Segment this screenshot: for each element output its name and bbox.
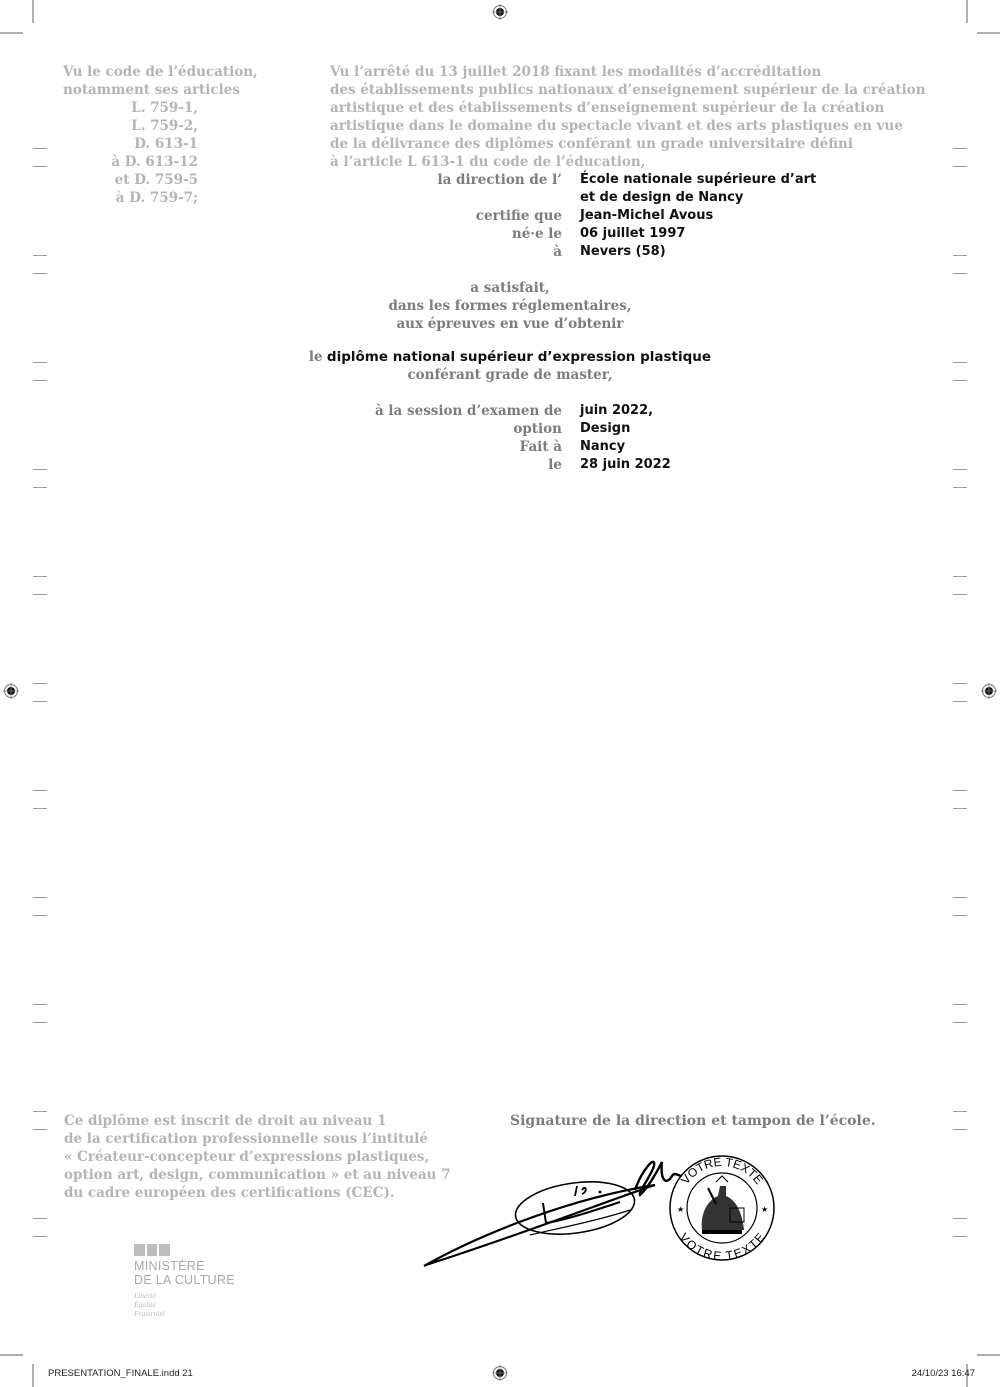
margin-tick bbox=[33, 576, 47, 577]
registration-mark-icon bbox=[981, 683, 997, 699]
margin-tick bbox=[33, 148, 47, 149]
field-label: Fait à bbox=[330, 438, 580, 456]
birth-date: 06 juillet 1997 bbox=[580, 225, 685, 243]
legal-line: notamment ses articles bbox=[63, 81, 258, 99]
school-name-cont: et de design de Nancy bbox=[580, 189, 743, 207]
margin-tick bbox=[33, 1129, 47, 1130]
margin-tick bbox=[953, 897, 967, 898]
diploma-prefix: le bbox=[309, 349, 323, 365]
margin-tick bbox=[953, 1218, 967, 1219]
margin-tick bbox=[33, 1111, 47, 1112]
margin-tick bbox=[953, 683, 967, 684]
school-name: École nationale supérieure d’art bbox=[580, 171, 816, 189]
margin-tick bbox=[953, 1022, 967, 1023]
margin-tick bbox=[33, 594, 47, 595]
margin-tick bbox=[33, 1236, 47, 1237]
motto-line: Égalité bbox=[134, 1300, 254, 1309]
margin-tick bbox=[33, 273, 47, 274]
margin-tick bbox=[33, 790, 47, 791]
session-row: à la session d’examen de juin 2022, bbox=[330, 402, 653, 420]
motto-line: Fraternité bbox=[134, 1309, 254, 1318]
date-row: le 28 juin 2022 bbox=[330, 456, 671, 474]
crop-mark bbox=[0, 1354, 23, 1356]
margin-tick bbox=[33, 469, 47, 470]
margin-tick bbox=[33, 487, 47, 488]
crop-mark bbox=[977, 32, 1000, 34]
option-value: Design bbox=[580, 420, 630, 438]
margin-tick bbox=[953, 576, 967, 577]
margin-tick bbox=[953, 487, 967, 488]
arrete-line: de la délivrance des diplômes conférant … bbox=[330, 135, 930, 153]
crop-mark bbox=[966, 0, 968, 23]
place-row: Fait à Nancy bbox=[330, 438, 625, 456]
margin-tick bbox=[33, 255, 47, 256]
motto-line: Liberté bbox=[134, 1291, 254, 1300]
margin-tick bbox=[953, 790, 967, 791]
margin-tick bbox=[953, 273, 967, 274]
statement-line: aux épreuves en vue d’obtenir bbox=[300, 315, 720, 333]
crop-mark bbox=[0, 32, 23, 34]
school-row: la direction de l’ École nationale supér… bbox=[330, 171, 816, 189]
holder-row: certifie que Jean-Michel Avous bbox=[330, 207, 713, 225]
margin-tick bbox=[953, 1111, 967, 1112]
legal-arrete-right: Vu l’arrêté du 13 juillet 2018 fixant le… bbox=[330, 63, 930, 171]
arrete-line: des établissements publics nationaux d’e… bbox=[330, 81, 930, 99]
margin-tick bbox=[33, 897, 47, 898]
arrete-line: artistique et des établissements d’ensei… bbox=[330, 99, 930, 117]
margin-tick bbox=[953, 1129, 967, 1130]
field-label: né·e le bbox=[330, 225, 580, 243]
article-ref: L. 759-1, bbox=[63, 99, 198, 117]
field-label: option bbox=[330, 420, 580, 438]
print-slug-file: PRESENTATION_FINALE.indd 21 bbox=[48, 1368, 193, 1379]
margin-tick bbox=[33, 683, 47, 684]
margin-tick bbox=[33, 1022, 47, 1023]
margin-tick bbox=[953, 1004, 967, 1005]
crop-mark bbox=[32, 0, 34, 23]
margin-tick bbox=[33, 362, 47, 363]
crop-mark bbox=[977, 1354, 1000, 1356]
notice-line: Ce diplôme est inscrit de droit au nivea… bbox=[64, 1112, 484, 1130]
statement-line: dans les formes réglementaires, bbox=[300, 297, 720, 315]
margin-tick bbox=[953, 148, 967, 149]
margin-tick bbox=[953, 1236, 967, 1237]
margin-tick bbox=[33, 915, 47, 916]
ministry-name: MINISTÈRE bbox=[134, 1259, 254, 1273]
session-value: juin 2022, bbox=[580, 402, 653, 420]
satisfaction-statement: a satisfait, dans les formes réglementai… bbox=[300, 279, 720, 333]
birthplace-row: à Nevers (58) bbox=[330, 243, 666, 261]
statement-line: a satisfait, bbox=[300, 279, 720, 297]
margin-tick bbox=[953, 362, 967, 363]
margin-tick bbox=[953, 166, 967, 167]
margin-tick bbox=[953, 469, 967, 470]
field-label: à la session d’examen de bbox=[330, 402, 580, 420]
margin-tick bbox=[953, 380, 967, 381]
crop-mark bbox=[32, 1364, 34, 1387]
margin-tick bbox=[33, 1218, 47, 1219]
margin-tick bbox=[33, 808, 47, 809]
signature-label: Signature de la direction et tampon de l… bbox=[510, 1112, 876, 1130]
svg-text:★: ★ bbox=[761, 1205, 768, 1214]
article-ref: L. 759-2, bbox=[63, 117, 198, 135]
school-stamp: VOTRE TEXTE VOTRE TEXTE ★ ★ bbox=[670, 1155, 774, 1263]
birth-place: Nevers (58) bbox=[580, 243, 666, 261]
field-label: certifie que bbox=[330, 207, 580, 225]
diploma-subtitle: conférant grade de master, bbox=[300, 366, 720, 384]
article-ref: à D. 759-7; bbox=[63, 189, 198, 207]
margin-tick bbox=[953, 255, 967, 256]
birthdate-row: né·e le 06 juillet 1997 bbox=[330, 225, 685, 243]
print-slug-date: 24/10/23 16:47 bbox=[880, 1368, 975, 1379]
school-row-cont: et de design de Nancy bbox=[330, 189, 743, 207]
arrete-line: à l’article L 613-1 du code de l’éducati… bbox=[330, 153, 930, 171]
registration-mark-icon bbox=[3, 683, 19, 699]
marianne-flag-icon bbox=[134, 1244, 170, 1256]
signature-icon: VOTRE TEXTE VOTRE TEXTE ★ ★ bbox=[410, 1140, 790, 1280]
article-ref: et D. 759-5 bbox=[63, 171, 198, 189]
arrete-line: artistique dans le domaine du spectacle … bbox=[330, 117, 930, 135]
field-label bbox=[330, 189, 580, 207]
holder-name: Jean-Michel Avous bbox=[580, 207, 713, 225]
legal-references-left: Vu le code de l’éducation, notamment ses… bbox=[63, 63, 258, 207]
date-value: 28 juin 2022 bbox=[580, 456, 671, 474]
field-label: la direction de l’ bbox=[330, 171, 580, 189]
margin-tick bbox=[953, 915, 967, 916]
diploma-title-block: le diplôme national supérieur d’expressi… bbox=[300, 348, 720, 384]
option-row: option Design bbox=[330, 420, 630, 438]
margin-tick bbox=[953, 594, 967, 595]
registration-mark-icon bbox=[492, 1365, 508, 1381]
legal-line: Vu le code de l’éducation, bbox=[63, 63, 258, 81]
margin-tick bbox=[33, 1004, 47, 1005]
place-value: Nancy bbox=[580, 438, 625, 456]
margin-tick bbox=[33, 380, 47, 381]
ministry-name: DE LA CULTURE bbox=[134, 1273, 254, 1287]
ministry-logo: MINISTÈRE DE LA CULTURE Liberté Égalité … bbox=[134, 1244, 254, 1318]
diploma-title: diplôme national supérieur d’expression … bbox=[327, 349, 711, 365]
registration-mark-icon bbox=[492, 4, 508, 20]
field-label: à bbox=[330, 243, 580, 261]
margin-tick bbox=[953, 808, 967, 809]
article-ref: D. 613-1 bbox=[63, 135, 198, 153]
field-label: le bbox=[330, 456, 580, 474]
svg-text:★: ★ bbox=[677, 1205, 684, 1214]
margin-tick bbox=[953, 701, 967, 702]
margin-tick bbox=[33, 701, 47, 702]
article-ref: à D. 613-12 bbox=[63, 153, 198, 171]
arrete-line: Vu l’arrêté du 13 juillet 2018 fixant le… bbox=[330, 63, 930, 81]
margin-tick bbox=[33, 166, 47, 167]
